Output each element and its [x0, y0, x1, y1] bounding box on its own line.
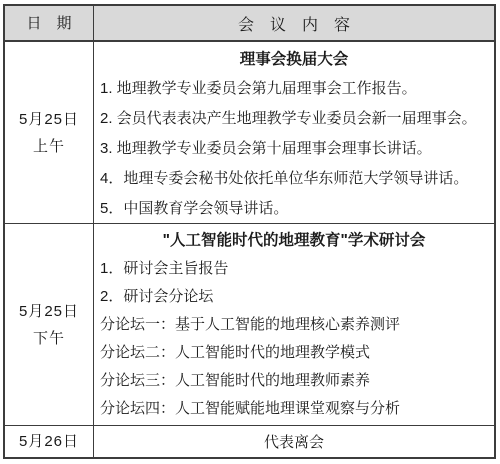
agenda-item: 3. 地理教学专业委员会第十届理事会理事长讲话。	[100, 134, 494, 164]
session-title: 代表离会	[94, 426, 494, 457]
date-cell-may25-am: 5月25日 上午	[5, 42, 94, 223]
content-cell-may26: 代表离会	[94, 426, 494, 457]
table-row-may25-pm: 5月25日 下午 "人工智能时代的地理教育"学术研讨会 1．研讨会主旨报告 2．…	[5, 224, 494, 426]
agenda-list: 1．研讨会主旨报告 2．研讨会分论坛 分论坛一：基于人工智能的地理核心素养测评 …	[94, 255, 494, 423]
agenda-item: 分论坛二：人工智能时代的地理教学模式	[100, 339, 494, 367]
table-row-may26: 5月26日 代表离会	[5, 426, 494, 457]
content-column-header-label: 会 议 内 容	[238, 12, 350, 35]
date-text: 5月26日	[19, 428, 79, 455]
content-cell-may25-am: 理事会换届大会 1. 地理教学专业委员会第九届理事会工作报告。 2. 会员代表表…	[94, 42, 494, 223]
schedule-table: 日 期 会 议 内 容 5月25日 上午 理事会换届大会 1. 地理教学专业委员…	[3, 4, 496, 459]
date-cell-may26: 5月26日	[5, 426, 94, 457]
agenda-item: 分论坛四：人工智能赋能地理课堂观察与分析	[100, 395, 494, 423]
date-period-text: 下午	[33, 325, 65, 352]
session-title: "人工智能时代的地理教育"学术研讨会	[94, 227, 494, 255]
date-column-header: 日 期	[5, 6, 94, 40]
table-row-may25-am: 5月25日 上午 理事会换届大会 1. 地理教学专业委员会第九届理事会工作报告。…	[5, 42, 494, 224]
agenda-item: 2．研讨会分论坛	[100, 283, 494, 311]
agenda-item: 4．地理专委会秘书处依托单位华东师范大学领导讲话。	[100, 164, 494, 194]
date-column-header-label: 日 期	[26, 10, 71, 37]
content-cell-may25-pm: "人工智能时代的地理教育"学术研讨会 1．研讨会主旨报告 2．研讨会分论坛 分论…	[94, 224, 494, 425]
agenda-item: 分论坛三：人工智能时代的地理教师素养	[100, 367, 494, 395]
table-header-row: 日 期 会 议 内 容	[5, 6, 494, 42]
agenda-item: 2. 会员代表表决产生地理教学专业委员会新一届理事会。	[100, 104, 494, 134]
date-period-text: 上午	[33, 133, 65, 160]
agenda-item: 1．研讨会主旨报告	[100, 255, 494, 283]
agenda-item: 5．中国教育学会领导讲话。	[100, 194, 494, 224]
content-column-header: 会 议 内 容	[94, 6, 494, 40]
session-title: 理事会换届大会	[94, 45, 494, 74]
date-cell-may25-pm: 5月25日 下午	[5, 224, 94, 425]
date-text: 5月25日	[19, 298, 79, 325]
agenda-item: 1. 地理教学专业委员会第九届理事会工作报告。	[100, 74, 494, 104]
date-text: 5月25日	[19, 106, 79, 133]
agenda-item: 分论坛一：基于人工智能的地理核心素养测评	[100, 311, 494, 339]
agenda-list: 1. 地理教学专业委员会第九届理事会工作报告。 2. 会员代表表决产生地理教学专…	[94, 74, 494, 224]
